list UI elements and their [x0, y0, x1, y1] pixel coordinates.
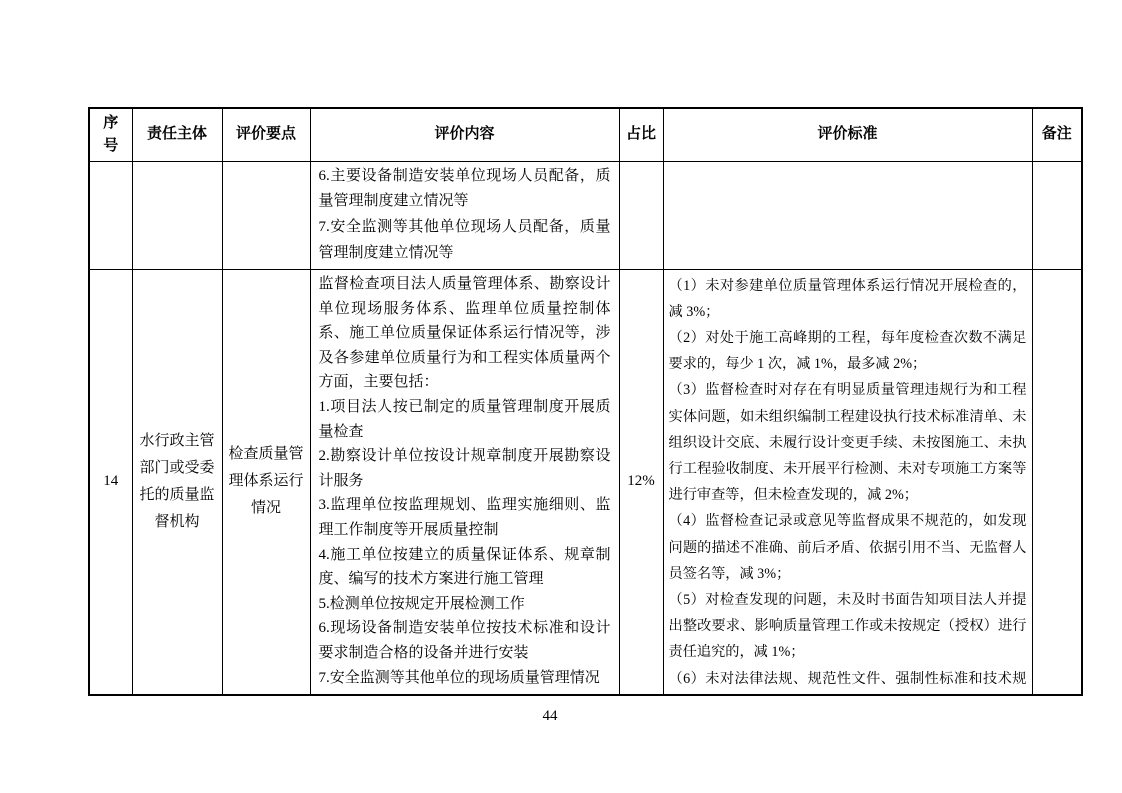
- standard-paragraph: （5）对检查发现的问题，未及时书面告知项目法人并提出整改要求、影响质量管理工作或…: [669, 587, 1027, 666]
- cell-point: 检查质量管理体系运行情况: [222, 269, 310, 695]
- document-page: 序号 责任主体 评价要点 评价内容 占比 评价标准 备注 6.主要设备制造安装单…: [0, 0, 1122, 793]
- cell-no-empty: [89, 161, 132, 269]
- standard-paragraph: （4）监督检查记录或意见等监督成果不规范的，如发现问题的描述不准确、前后矛盾、依…: [669, 508, 1027, 587]
- cell-content: 6.主要设备制造安装单位现场人员配备，质量管理制度建立情况等 7.安全监测等其他…: [310, 161, 619, 269]
- evaluation-table: 序号 责任主体 评价要点 评价内容 占比 评价标准 备注 6.主要设备制造安装单…: [88, 107, 1083, 696]
- content-paragraph: 4.施工单位按建立的质量保证体系、规章制度、编写的技术方案进行施工管理: [319, 543, 611, 592]
- cell-no: 14: [89, 269, 132, 695]
- cell-standard-empty: [663, 161, 1032, 269]
- cell-ratio-empty: [619, 161, 663, 269]
- page-number: 44: [0, 708, 1100, 725]
- column-header-content: 评价内容: [310, 108, 619, 161]
- standard-paragraph: （2）对处于施工高峰期的工程，每年度检查次数不满足要求的，每少 1 次，减 1%…: [669, 325, 1027, 377]
- standard-paragraph: （1）未对参建单位质量管理体系运行情况开展检查的，减 3%；: [669, 273, 1027, 325]
- content-paragraph: 2.勘察设计单位按设计规章制度开展勘察设计服务: [319, 444, 611, 493]
- row-number: 14: [103, 468, 118, 495]
- column-header-no: 序号: [89, 108, 132, 161]
- column-header-note: 备注: [1032, 108, 1082, 161]
- column-header-entity: 责任主体: [132, 108, 222, 161]
- content-paragraph: 5.检测单位按规定开展检测工作: [319, 592, 611, 617]
- content-paragraph: 监督检查项目法人质量管理体系、勘察设计单位现场服务体系、监理单位质量控制体系、施…: [319, 272, 611, 395]
- cell-standard: （1）未对参建单位质量管理体系运行情况开展检查的，减 3%； （2）对处于施工高…: [663, 269, 1032, 695]
- table-row-continuation: 6.主要设备制造安装单位现场人员配备，质量管理制度建立情况等 7.安全监测等其他…: [89, 161, 1082, 269]
- entity-text: 水行政主管部门或受委托的质量监督机构: [138, 428, 217, 536]
- table-header-row: 序号 责任主体 评价要点 评价内容 占比 评价标准 备注: [89, 108, 1082, 161]
- cell-note: [1032, 269, 1082, 695]
- cell-point-empty: [222, 161, 310, 269]
- ratio-value: 12%: [627, 468, 655, 495]
- cell-note-empty: [1032, 161, 1082, 269]
- standard-paragraph: （3）监督检查时对存在有明显质量管理违规行为和工程实体问题，如未组织编制工程建设…: [669, 377, 1027, 508]
- cell-ratio: 12%: [619, 269, 663, 695]
- cell-entity-empty: [132, 161, 222, 269]
- table-row-14: 14 水行政主管部门或受委托的质量监督机构 检查质量管理体系运行情况 监督检查项…: [89, 269, 1082, 695]
- content-paragraph: 7.安全监测等其他单位现场人员配备，质量管理制度建立情况等: [319, 215, 611, 267]
- column-header-ratio: 占比: [619, 108, 663, 161]
- cell-entity: 水行政主管部门或受委托的质量监督机构: [132, 269, 222, 695]
- content-paragraph: 6.现场设备制造安装单位按技术标准和设计要求制造合格的设备并进行安装: [319, 616, 611, 665]
- cell-content: 监督检查项目法人质量管理体系、勘察设计单位现场服务体系、监理单位质量控制体系、施…: [310, 269, 619, 695]
- content-paragraph: 1.项目法人按已制定的质量管理制度开展质量检查: [319, 395, 611, 444]
- content-paragraph: 7.安全监测等其他单位的现场质量管理情况: [319, 666, 611, 691]
- content-paragraph: 3.监理单位按监理规划、监理实施细则、监理工作制度等开展质量控制: [319, 493, 611, 542]
- column-header-point: 评价要点: [222, 108, 310, 161]
- content-paragraph: 6.主要设备制造安装单位现场人员配备，质量管理制度建立情况等: [319, 164, 611, 216]
- point-text: 检查质量管理体系运行情况: [228, 441, 305, 522]
- column-header-standard: 评价标准: [663, 108, 1032, 161]
- standard-paragraph: （6）未对法律法规、规范性文件、强制性标准和技术规程: [669, 666, 1027, 694]
